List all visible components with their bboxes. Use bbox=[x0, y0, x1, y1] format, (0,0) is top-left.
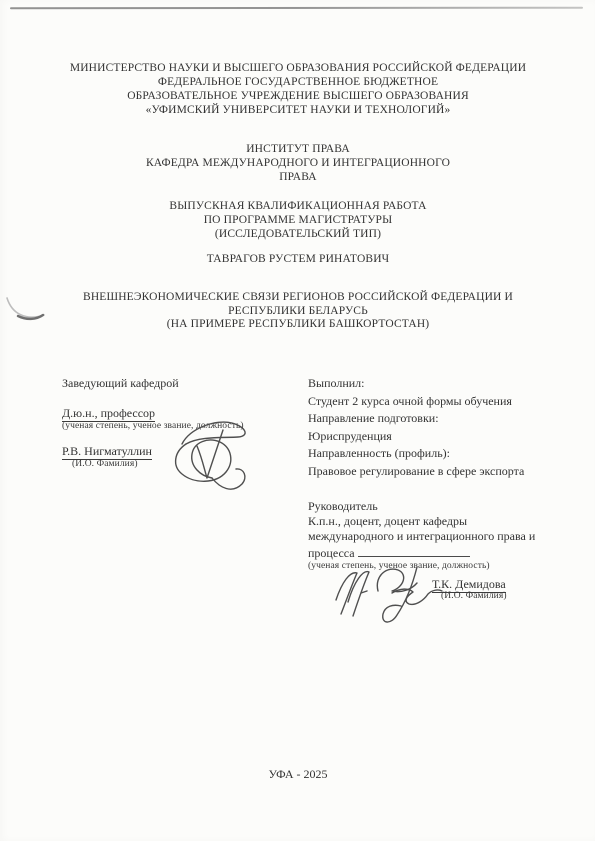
institute-name: ИНСТИТУТ ПРАВА bbox=[8, 142, 588, 156]
direction-value: Юриспруденция bbox=[308, 428, 570, 446]
ministry-header: МИНИСТЕРСТВО НАУКИ И ВЫСШЕГО ОБРАЗОВАНИЯ… bbox=[8, 61, 588, 117]
performed-label: Выполнил: bbox=[308, 375, 570, 393]
title-line-2: РЕСПУБЛИКИ БЕЛАРУСЬ bbox=[8, 305, 588, 319]
signature-head-of-department bbox=[166, 414, 254, 498]
thesis-title-page: МИНИСТЕРСТВО НАУКИ И ВЫСШЕГО ОБРАЗОВАНИЯ… bbox=[0, 0, 595, 841]
head-degree-line: Д.ю.н., профессор bbox=[62, 406, 155, 421]
work-type-line-2: ПО ПРОГРАММЕ МАГИСТРАТУРЫ bbox=[8, 213, 588, 227]
head-name-caption: (И.О. Фамилия) bbox=[72, 459, 138, 469]
profile-label: Направленность (профиль): bbox=[308, 445, 570, 463]
work-type-block: ВЫПУСКНАЯ КВАЛИФИКАЦИОННАЯ РАБОТА ПО ПРО… bbox=[8, 199, 588, 241]
author-name: ТАВРАГОВ РУСТЕМ РИНАТОВИЧ bbox=[8, 252, 588, 266]
scan-edge-artifact bbox=[10, 7, 583, 9]
student-block: Выполнил: Студент 2 курса очной формы об… bbox=[308, 375, 570, 480]
title-line-1: ВНЕШНЕЭКОНОМИЧЕСКИЕ СВЯЗИ РЕГИОНОВ РОССИ… bbox=[8, 291, 588, 305]
thesis-title: ВНЕШНЕЭКОНОМИЧЕСКИЕ СВЯЗИ РЕГИОНОВ РОССИ… bbox=[8, 291, 588, 332]
supervisor-degree-line-1: К.п.н., доцент, доцент кафедры bbox=[308, 514, 580, 529]
department-line-1: КАФЕДРА МЕЖДУНАРОДНОГО И ИНТЕГРАЦИОННОГО bbox=[8, 156, 588, 170]
supervisor-role: Руководитель bbox=[308, 499, 580, 514]
head-of-department-role: Заведующий кафедрой bbox=[62, 376, 179, 391]
org-line-2: ОБРАЗОВАТЕЛЬНОЕ УЧРЕЖДЕНИЕ ВЫСШЕГО ОБРАЗ… bbox=[8, 89, 588, 103]
university-name: «УФИМСКИЙ УНИВЕРСИТЕТ НАУКИ И ТЕХНОЛОГИЙ… bbox=[8, 103, 588, 117]
work-type-line-1: ВЫПУСКНАЯ КВАЛИФИКАЦИОННАЯ РАБОТА bbox=[8, 199, 588, 213]
city-year-footer: УФА - 2025 bbox=[8, 767, 588, 782]
head-degree: Д.ю.н., профессор bbox=[62, 406, 155, 422]
institute-block: ИНСТИТУТ ПРАВА КАФЕДРА МЕЖДУНАРОДНОГО И … bbox=[8, 142, 588, 184]
department-line-2: ПРАВА bbox=[8, 170, 588, 184]
work-type-line-3: (ИССЛЕДОВАТЕЛЬСКИЙ ТИП) bbox=[8, 227, 588, 241]
supervisor-degree-line-2: международного и интеграционного права и bbox=[308, 529, 580, 544]
signature-blank-line bbox=[358, 545, 470, 557]
profile-value: Правовое регулирование в сфере экспорта bbox=[308, 463, 570, 481]
title-line-3: (НА ПРИМЕРЕ РЕСПУБЛИКИ БАШКОРТОСТАН) bbox=[8, 318, 588, 332]
supervisor-name-line: Т.К. Демидова bbox=[432, 577, 506, 592]
ministry-line: МИНИСТЕРСТВО НАУКИ И ВЫСШЕГО ОБРАЗОВАНИЯ… bbox=[8, 61, 588, 75]
supervisor-degree-line-3-prefix: процесса bbox=[308, 546, 355, 560]
direction-label: Направление подготовки: bbox=[308, 410, 570, 428]
supervisor-name-caption: (И.О. Фамилия) bbox=[441, 591, 507, 601]
head-name-line: Р.В. Нигматуллин bbox=[62, 444, 152, 459]
head-name: Р.В. Нигматуллин bbox=[62, 444, 152, 460]
student-course-line: Студент 2 курса очной формы обучения bbox=[308, 393, 570, 411]
signature-supervisor bbox=[330, 562, 448, 628]
org-line-1: ФЕДЕРАЛЬНОЕ ГОСУДАРСТВЕННОЕ БЮДЖЕТНОЕ bbox=[8, 75, 588, 89]
